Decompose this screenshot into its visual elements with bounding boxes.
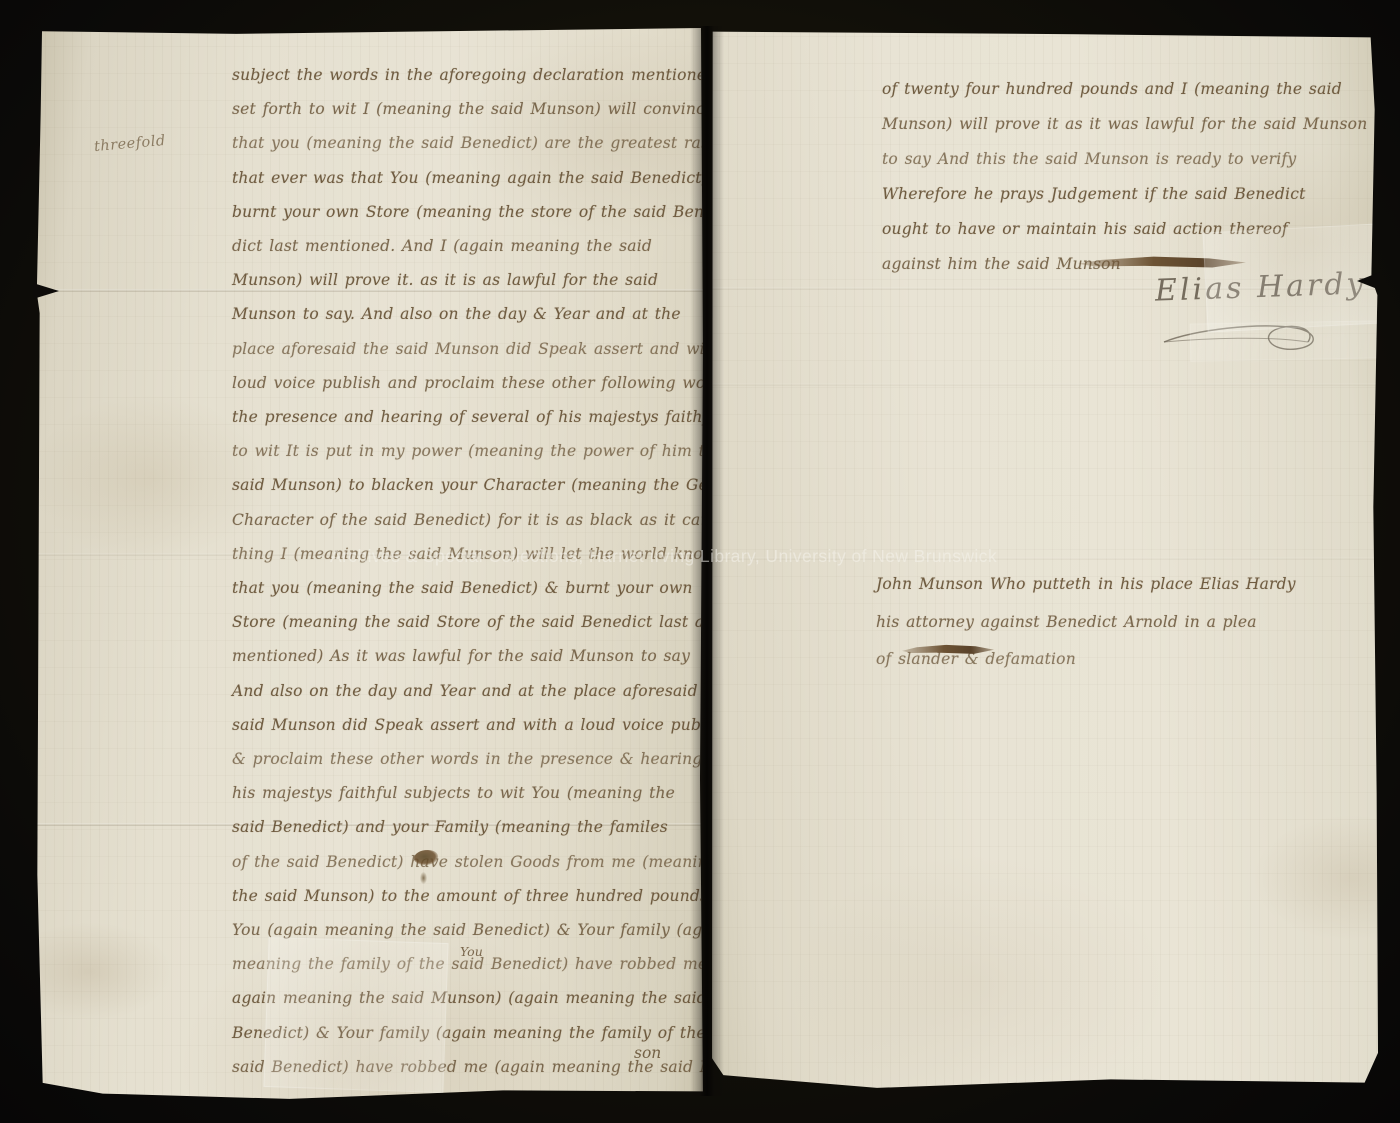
manuscript-line: place aforesaid the said Munson did Spea… — [232, 332, 703, 366]
manuscript-line: again meaning the said Munson) (again me… — [232, 981, 703, 1015]
attorney-note-block: John Munson Who putteth in his place Eli… — [876, 566, 1366, 679]
ink-blot — [420, 872, 427, 884]
manuscript-line: that you (meaning the said Benedict) & b… — [232, 571, 703, 605]
manuscript-line: to say And this the said Munson is ready… — [882, 142, 1362, 177]
manuscript-line: Wherefore he prays Judgement if the said… — [882, 177, 1362, 212]
attorney-signature: Elias Hardy — [1154, 266, 1367, 308]
manuscript-line: his majestys faithful subjects to wit Yo… — [232, 776, 703, 810]
manuscript-line: Store (meaning the said Store of the sai… — [232, 605, 703, 639]
manuscript-line: subject the words in the aforegoing decl… — [232, 58, 703, 92]
manuscript-line: his attorney against Benedict Arnold in … — [876, 604, 1366, 642]
manuscript-line: the presence and hearing of several of h… — [232, 400, 703, 434]
catchword: son — [634, 1044, 661, 1062]
fold-crease — [710, 383, 1378, 386]
manuscript-line: mentioned) As it was lawful for the said… — [232, 639, 703, 673]
manuscript-line: ought to have or maintain his said actio… — [882, 212, 1362, 247]
manuscript-line: Character of the said Benedict) for it i… — [232, 503, 703, 537]
manuscript-line: Benedict) & Your family (again meaning t… — [232, 1016, 703, 1050]
manuscript-left-page: threefold subject the words in the afore… — [36, 28, 703, 1100]
manuscript-line: Munson) will prove it. as it is as lawfu… — [232, 263, 703, 297]
manuscript-line: You (again meaning the said Benedict) & … — [232, 913, 703, 947]
manuscript-line: dict last mentioned. And I (again meanin… — [232, 229, 703, 263]
manuscript-photo: threefold subject the words in the afore… — [0, 0, 1400, 1123]
margin-note: threefold — [93, 133, 166, 155]
manuscript-line: thing I (meaning the said Munson) will l… — [232, 537, 703, 571]
manuscript-line: said Benedict) have robbed me (again mea… — [232, 1050, 703, 1084]
interline-insertion: You — [460, 944, 483, 960]
manuscript-line: that you (meaning the said Benedict) are… — [232, 126, 703, 160]
manuscript-line: said Munson) to blacken your Character (… — [232, 468, 703, 502]
manuscript-line: said Benedict) and your Family (meaning … — [232, 810, 703, 844]
plea-text-block: of twenty four hundred pounds and I (mea… — [882, 72, 1362, 282]
manuscript-line: John Munson Who putteth in his place Eli… — [876, 566, 1366, 604]
manuscript-line: to wit It is put in my power (meaning th… — [232, 434, 703, 468]
signature-flourish — [1158, 318, 1328, 360]
manuscript-line: of twenty four hundred pounds and I (mea… — [882, 72, 1362, 107]
manuscript-line: set forth to wit I (meaning the said Mun… — [232, 92, 703, 126]
manuscript-line: And also on the day and Year and at the … — [232, 674, 703, 708]
manuscript-line: the said Munson) to the amount of three … — [232, 879, 703, 913]
manuscript-line: burnt your own Store (meaning the store … — [232, 195, 703, 229]
manuscript-line: loud voice publish and proclaim these ot… — [232, 366, 703, 400]
manuscript-line: & proclaim these other words in the pres… — [232, 742, 703, 776]
manuscript-line: that ever was that You (meaning again th… — [232, 161, 703, 195]
fold-crease — [710, 557, 1378, 560]
manuscript-line: Munson to say. And also on the day & Yea… — [232, 297, 703, 331]
manuscript-line: of the said Benedict) have stolen Goods … — [232, 845, 703, 879]
manuscript-line: Munson) will prove it as it was lawful f… — [882, 107, 1362, 142]
manuscript-line: said Munson did Speak assert and with a … — [232, 708, 703, 742]
manuscript-line: of slander & defamation — [876, 641, 1366, 679]
manuscript-text-block: subject the words in the aforegoing decl… — [232, 58, 703, 1084]
manuscript-right-page: of twenty four hundred pounds and I (mea… — [710, 30, 1378, 1090]
